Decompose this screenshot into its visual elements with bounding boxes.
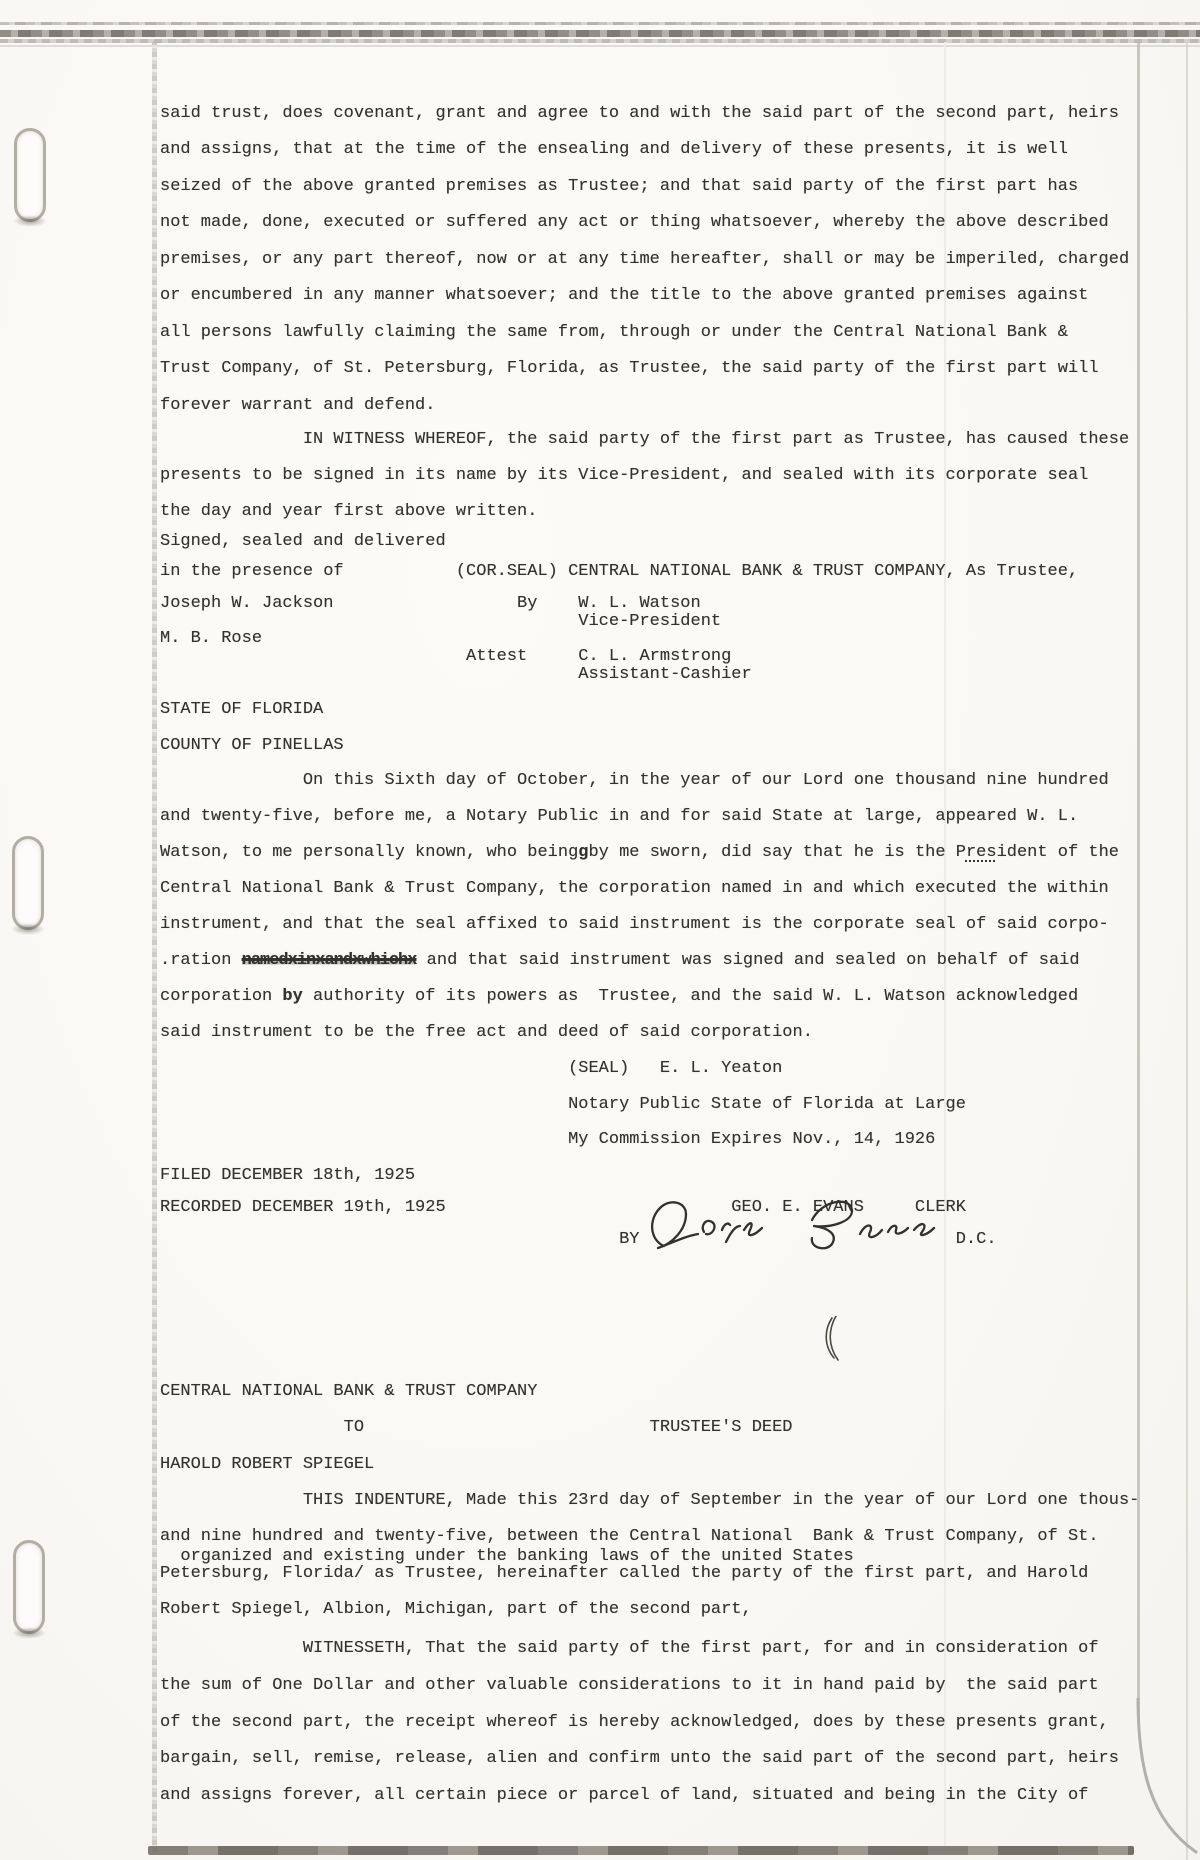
notary-paragraph-line: instrument, and that the seal affixed to… bbox=[160, 915, 1109, 934]
typewritten-text: said trust, does covenant, grant and agr… bbox=[160, 0, 1170, 1860]
binder-hole bbox=[13, 1540, 45, 1634]
page-rule-left bbox=[152, 42, 157, 1852]
grantee-name-line: HAROLD ROBERT SPIEGEL bbox=[160, 1455, 374, 1474]
notary-paragraph-line: said instrument to be the free act and d… bbox=[160, 1023, 813, 1042]
indenture-paragraph-line: Petersburg, Florida/ as Trustee, hereina… bbox=[160, 1564, 1088, 1583]
attest-title-line: Assistant-Cashier bbox=[160, 665, 752, 684]
covenant-line: Trust Company, of St. Petersburg, Florid… bbox=[160, 359, 1099, 378]
witness-clause-line: presents to be signed in its name by its… bbox=[160, 466, 1088, 485]
underdotted-letters: res bbox=[966, 843, 997, 862]
covenant-line: not made, done, executed or suffered any… bbox=[160, 213, 1109, 232]
indenture-paragraph-line: and nine hundred and twenty-five, betwee… bbox=[160, 1527, 1099, 1546]
witnesseth-paragraph-line: bargain, sell, remise, release, alien an… bbox=[160, 1749, 1119, 1768]
indenture-paragraph-line: Robert Spiegel, Albion, Michigan, part o… bbox=[160, 1600, 752, 1619]
covenant-line: said trust, does covenant, grant and agr… bbox=[160, 104, 1119, 123]
notary-commission-line: My Commission Expires Nov., 14, 1926 bbox=[160, 1130, 935, 1149]
witnesseth-paragraph-line: WITNESSETH, That the said party of the f… bbox=[160, 1639, 1099, 1658]
notary-paragraph-line: Watson, to me personally known, who bein… bbox=[160, 843, 1119, 862]
witnesseth-paragraph-line: of the second part, the receipt whereof … bbox=[160, 1713, 1109, 1732]
binder-hole bbox=[14, 128, 46, 222]
notary-paragraph-line: and twenty-five, before me, a Notary Pub… bbox=[160, 807, 1078, 826]
notary-paragraph-line: On this Sixth day of October, in the yea… bbox=[160, 771, 1109, 790]
notary-paragraph-line: Central National Bank & Trust Company, t… bbox=[160, 879, 1109, 898]
corporate-seal-line: in the presence of (COR.SEAL) CENTRAL NA… bbox=[160, 562, 1078, 581]
notary-title-line: Notary Public State of Florida at Large bbox=[160, 1095, 966, 1114]
caption-and-deed-title-line: TO TRUSTEE'S DEED bbox=[160, 1418, 793, 1437]
witness-clause-line: the day and year first above written. bbox=[160, 502, 537, 521]
page-edge-line bbox=[1186, 42, 1188, 1860]
notary-seal-line: (SEAL) E. L. Yeaton bbox=[160, 1059, 782, 1078]
covenant-line: all persons lawfully claiming the same f… bbox=[160, 323, 1068, 342]
overtyped-letter: g bbox=[578, 843, 586, 862]
grantor-name-line: CENTRAL NATIONAL BANK & TRUST COMPANY bbox=[160, 1382, 537, 1401]
witnesseth-paragraph-line: and assigns forever, all certain piece o… bbox=[160, 1786, 1088, 1805]
state-line: STATE OF FLORIDA bbox=[160, 700, 323, 719]
covenant-line: premises, or any part thereof, now or at… bbox=[160, 250, 1129, 269]
attest-line: Attest C. L. Armstrong bbox=[160, 647, 731, 666]
county-line: COUNTY OF PINELLAS bbox=[160, 736, 344, 755]
struck-out-text: namedxinxandxwhichx bbox=[242, 951, 417, 970]
deputy-clerk-signature: Doris Jones bbox=[640, 1190, 960, 1262]
notary-paragraph-line: .ration namedxinxandxwhichx and that sai… bbox=[160, 951, 1080, 970]
witness-and-signer-line: Joseph W. Jackson By W. L. Watson bbox=[160, 594, 701, 613]
indenture-paragraph-line: THIS INDENTURE, Made this 23rd day of Se… bbox=[160, 1491, 1139, 1510]
witness-clause-line: IN WITNESS WHEREOF, the said party of th… bbox=[160, 430, 1129, 449]
signed-sealed-line: Signed, sealed and delivered bbox=[160, 532, 446, 551]
covenant-line: and assigns, that at the time of the ens… bbox=[160, 140, 1068, 159]
notary-paragraph-line: corporation by authority of its powers a… bbox=[160, 987, 1078, 1006]
overtyped-word: by bbox=[282, 987, 302, 1006]
filed-date-line: FILED DECEMBER 18th, 1925 bbox=[160, 1166, 415, 1185]
covenant-line: seized of the above granted premises as … bbox=[160, 177, 1078, 196]
scanned-deed-page: said trust, does covenant, grant and agr… bbox=[0, 0, 1200, 1860]
binder-hole bbox=[12, 836, 44, 930]
witnesseth-paragraph-line: the sum of One Dollar and other valuable… bbox=[160, 1676, 1099, 1695]
witness-name-line: M. B. Rose bbox=[160, 629, 262, 648]
covenant-line: or encumbered in any manner whatsoever; … bbox=[160, 286, 1088, 305]
covenant-line: forever warrant and defend. bbox=[160, 396, 435, 415]
